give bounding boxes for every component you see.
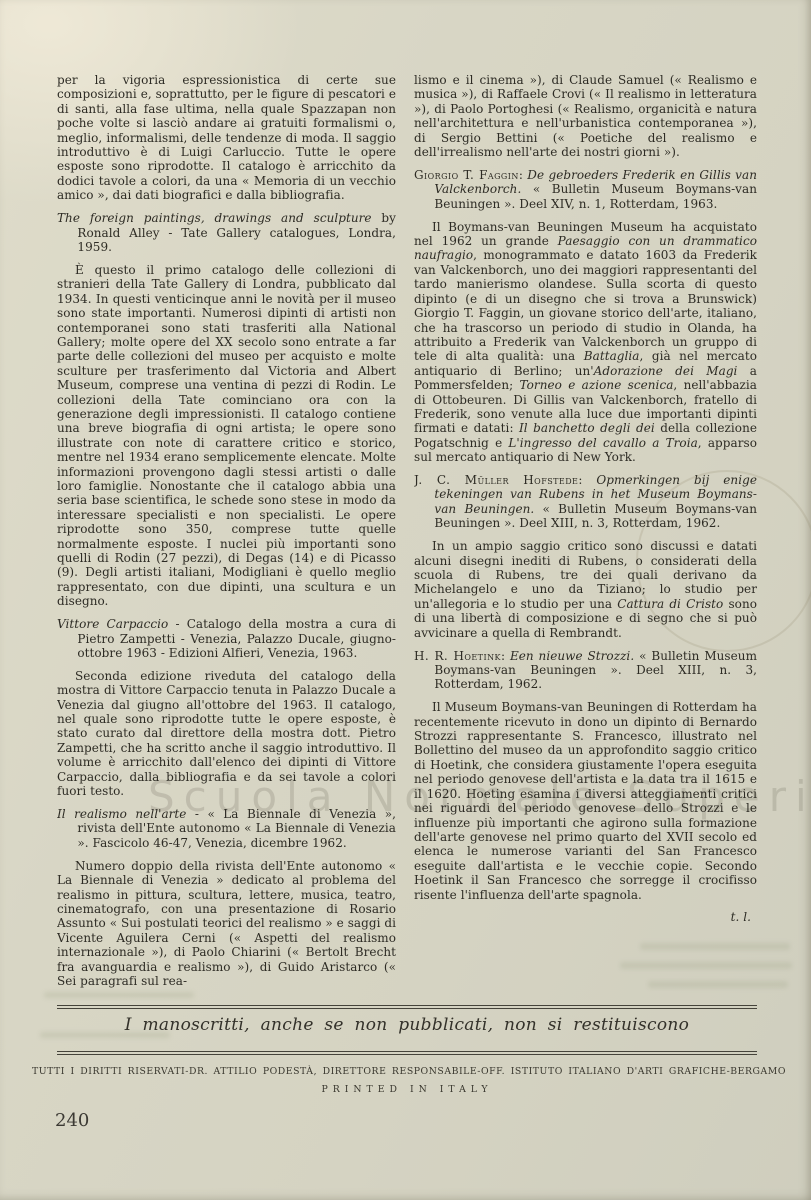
printed-in-italy: PRINTED IN ITALY <box>57 1084 757 1095</box>
paragraph: lismo e il cinema »), di Claude Samuel (… <box>414 73 757 159</box>
text-column-left: per la vigoria espressionistica di certe… <box>57 73 396 1003</box>
bibliography-entry: Vittore Carpaccio - Catalogo della mostr… <box>57 617 396 660</box>
bibliography-entry: The foreign paintings, drawings and scul… <box>57 211 396 254</box>
imprint-line: TUTTI I DIRITTI RISERVATI-DR. ATTILIO PO… <box>32 1066 780 1077</box>
footer-rule-top <box>57 1005 757 1009</box>
bibliography-entry: Il realismo nell'arte - « La Biennale di… <box>57 807 396 850</box>
paragraph: Numero doppio della rivista dell'Ente au… <box>57 859 396 989</box>
bibliography-entry: Giorgio T. Faggin: De gebroeders Frederi… <box>414 168 757 211</box>
bibliography-entry: H. R. Hoetink: Een nieuwe Strozzi. « Bul… <box>414 649 757 692</box>
paragraph: Il Boymans-van Beuningen Museum ha acqui… <box>414 220 757 465</box>
reviewer-initials: t. l. <box>414 910 757 924</box>
paragraph: In un ampio saggio critico sono discussi… <box>414 539 757 640</box>
scanned-page: Scuola Normale Superiore per la vigoria … <box>0 0 811 1200</box>
paragraph: È questo il primo catalogo delle collezi… <box>57 263 396 609</box>
page-number: 240 <box>55 1110 89 1131</box>
paragraph: Il Museum Boymans-van Beuningen di Rotte… <box>414 700 757 902</box>
text-column-right: lismo e il cinema »), di Claude Samuel (… <box>414 73 757 1003</box>
bibliography-entry: J. C. Müller Hofstede: Opmerkingen bij e… <box>414 473 757 531</box>
manuscripts-notice: I manoscritti, anche se non pubblicati, … <box>57 1015 757 1035</box>
paragraph: Seconda edizione riveduta del catalogo d… <box>57 669 396 799</box>
footer-rule-bottom <box>57 1051 757 1055</box>
paragraph: per la vigoria espressionistica di certe… <box>57 73 396 203</box>
